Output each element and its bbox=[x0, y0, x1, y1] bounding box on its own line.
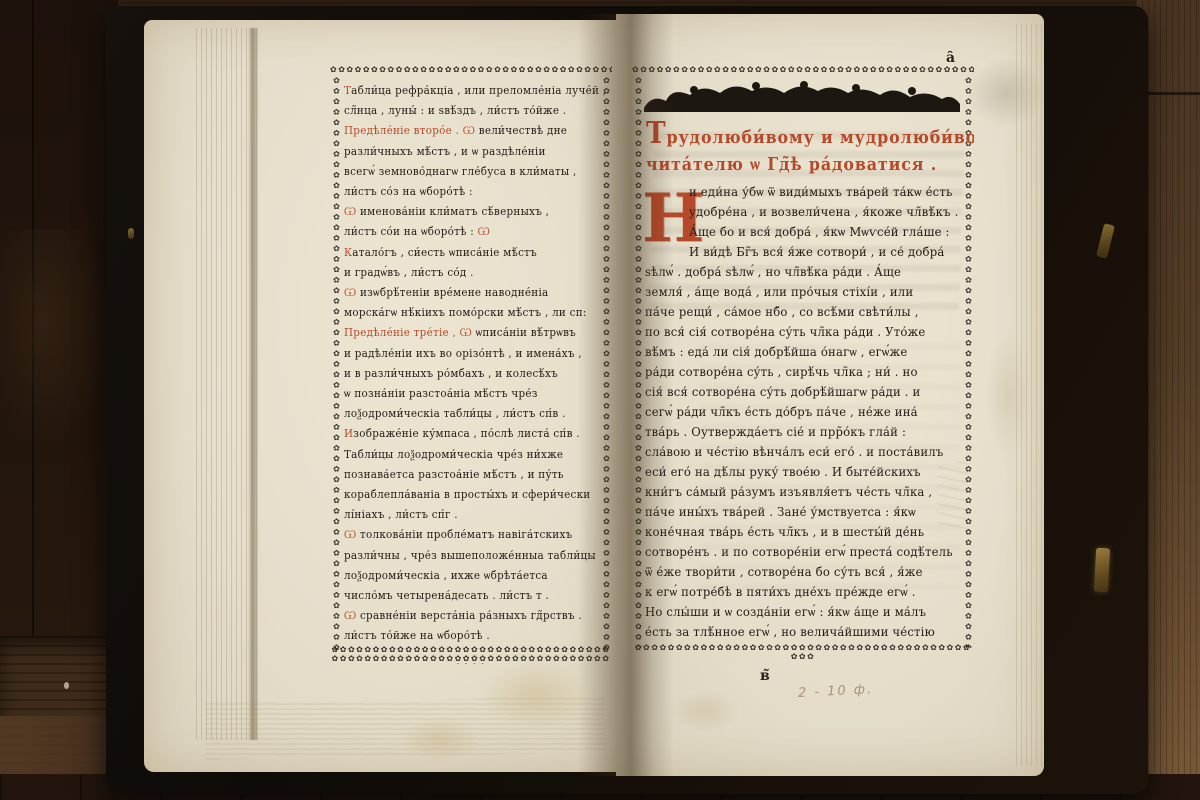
text-line: лоѯодроми́ческіа , ихже ѡбрѣта́етса bbox=[344, 565, 576, 585]
text-line: еси́ его́ на дѣ́лы руку́ твое́ю . И быте… bbox=[645, 462, 939, 482]
text-line: чита́телю ѡ Гд̃ѣ ра́доватися . bbox=[646, 151, 921, 178]
brass-clasp-pin bbox=[128, 228, 134, 239]
woodcut-headpiece-ornament bbox=[644, 80, 960, 112]
text-line: Предѣле́ніе второ́е . Ѡ вели́чествѣ дне bbox=[344, 120, 576, 140]
text-line: и градѡ́въ , ли́стъ со́д . bbox=[344, 262, 576, 282]
text-line: число́мъ четырена́десать . ли́стъ т . bbox=[344, 585, 576, 605]
text-line: ѿ е́же твори́ти , сотворе́на бо су́ть вс… bbox=[645, 562, 939, 582]
left-page-ornament-frame: ✿✿✿✿✿✿✿✿✿✿✿✿✿✿✿✿✿✿✿✿✿✿✿✿✿✿✿✿✿✿✿✿✿✿✿✿ ✿✿✿… bbox=[330, 64, 612, 664]
right-page-ornament-frame: ✿✿✿✿✿✿✿✿✿✿✿✿✿✿✿✿✿✿✿✿✿✿✿✿✿✿✿✿✿✿✿✿✿✿✿✿✿✿✿✿… bbox=[632, 64, 974, 662]
text-line: лі́ніахъ , ли́стъ сп́г . bbox=[344, 504, 576, 524]
text-line: ѕѣлѡ́ . добра́ ѕѣлѡ́ , но чл̃вѣ́ка ра́ди… bbox=[645, 262, 939, 282]
text-line: сія́ вся́ сотворе́на су́ть добрѣ́йшагѡ р… bbox=[645, 382, 939, 402]
text-line: сла́вою и че́стію вѣнча́лъ еси́ его́ . и… bbox=[645, 442, 939, 462]
ornament-border-bottom: ✿✿✿✿✿✿✿✿✿✿✿✿✿✿✿✿✿✿✿✿✿✿✿✿✿✿✿✿✿✿✿✿✿✿✿✿✿✿✿✿… bbox=[330, 646, 612, 664]
folio-number-mark: а̑ bbox=[946, 50, 955, 66]
wood-grain-highlight bbox=[0, 230, 110, 450]
text-line: Ѡ именова́ніи кли́матъ сѣ́верныхъ , bbox=[344, 201, 576, 221]
text-line: сл̃нца , луны́ : и ѕвѣ́здъ , ли́стъ то́й… bbox=[344, 100, 576, 120]
text-line: и в разли́чныхъ ро́мбахъ , и колесѣ́хъ bbox=[344, 363, 576, 383]
text-line: лоѯодроми́ческіа табли́цы , ли́стъ сп́в … bbox=[344, 403, 576, 423]
text-line: па́че ины́хъ тва́рей . Зане́ у́мствуетса… bbox=[645, 502, 939, 522]
page-block-right-edge bbox=[1016, 24, 1042, 766]
text-line: е́сть за тлѣ́нное егѡ́ , но велича́йшими… bbox=[645, 622, 939, 642]
text-line: по вся́ сія́ сотворе́на су́ть чл̃ка ра́д… bbox=[645, 322, 939, 342]
ornament-border-top: ✿✿✿✿✿✿✿✿✿✿✿✿✿✿✿✿✿✿✿✿✿✿✿✿✿✿✿✿✿✿✿✿✿✿✿✿✿✿✿✿… bbox=[632, 64, 974, 76]
text-line: Ѡ толкова́ніи пробле́матъ навіга́тскихъ bbox=[344, 524, 576, 544]
text-line: Предѣле́ніе тре́тіе , Ѡ ѡписа́ніи вѣ́трѡ… bbox=[344, 322, 576, 342]
text-line: Ѡ сравне́ніи верста́ніа ра́зныхъ гд̃рств… bbox=[344, 605, 576, 625]
text-line: разли́чныхъ мѣ́стъ , и ѡ раздѣле́ніи bbox=[344, 141, 576, 161]
text-line: кни́гъ са́мый ра́зумъ изъявля́етъ че́сть… bbox=[645, 482, 939, 502]
brass-clasp-bottom bbox=[1094, 548, 1110, 593]
text-line: сегѡ́ ра́ди чл̃къ е́сть до́бръ па́че , н… bbox=[645, 402, 939, 422]
text-line: морска́гѡ нѣ́кіихъ помо́рски мѣ́стъ , ли… bbox=[344, 302, 576, 322]
ornament-border-top: ✿✿✿✿✿✿✿✿✿✿✿✿✿✿✿✿✿✿✿✿✿✿✿✿✿✿✿✿✿✿✿✿✿✿✿✿ bbox=[330, 64, 612, 76]
text-line: Табли́ца рефра́кціа , или преломле́ніа л… bbox=[344, 80, 576, 100]
text-line: па́че рещи́ , са́мое нб̃о , со всѣ́ми св… bbox=[645, 302, 939, 322]
table-of-contents-text: Табли́ца рефра́кціа , или преломле́ніа л… bbox=[344, 80, 602, 646]
text-line: Трудолюби́вому и мудролюби́вому bbox=[646, 120, 921, 151]
text-line: Изображе́ніе ку́мпаса , по́слѣ листа́ сп… bbox=[344, 423, 576, 443]
text-line: вѣ́мъ : еда́ ли сія́ добрѣ́йша о́нагѡ , … bbox=[645, 342, 939, 362]
text-line: к егѡ́ потре́бѣ в пяти́хъ дне́хъ пре́жде… bbox=[645, 582, 939, 602]
text-line: Табли́цы лоѯодроми́ческіа чре́з ни́хже bbox=[344, 444, 576, 464]
text-line: И ви́дѣ Бг̃ъ вся́ я́же сотвори́ , и се́ … bbox=[689, 242, 942, 262]
text-line: всегѡ́ земново́днагѡ гле́буса в кли́маты… bbox=[344, 161, 576, 181]
ornament-border-bottom: ✿✿✿✿✿✿✿✿✿✿✿✿✿✿✿✿✿✿✿✿✿✿✿✿✿✿✿✿✿✿✿✿✿✿✿✿✿✿✿✿… bbox=[632, 644, 974, 662]
text-line: ли́стъ то́йже на ѡборо́тѣ . bbox=[344, 625, 576, 645]
text-line: ли́стъ со́з на ѡборо́тѣ : bbox=[344, 181, 576, 201]
text-line: Ѡ изѡбрѣ́теніи вре́мене наводне́ніа bbox=[344, 282, 576, 302]
quire-signature-mark: в̃ bbox=[760, 668, 770, 684]
text-line: и радѣле́ніи ихъ во орізо́нтѣ , и имена́… bbox=[344, 343, 576, 363]
text-line: кораблепла́ваніа в просты́хъ и сфери́чес… bbox=[344, 484, 576, 504]
text-line: тва́рь . Оутвержда́етъ сіе́ и прр̃о́къ г… bbox=[645, 422, 939, 442]
text-line: ѡ позна́ніи разстоа́ніа мѣ́стъ чре́з bbox=[344, 383, 576, 403]
dust-speck bbox=[64, 682, 69, 689]
text-line: сотворе́нъ . и по сотворе́ніи егѡ́ прест… bbox=[645, 542, 939, 562]
text-line: разли́чны , чре́з вышеположе́нныа табли́… bbox=[344, 545, 576, 565]
pencil-margin-scribble bbox=[938, 462, 968, 532]
text-line: ра́ди сотворе́на су́ть , сирѣ́чь чл̃ка ;… bbox=[645, 362, 939, 382]
text-line: Катало́гъ , си́есть ѡписа́ніе мѣ́стъ bbox=[344, 242, 576, 262]
preface-body-text: и еди́на у́бѡ ѿ види́мыхъ тва́рей та́кѡ … bbox=[645, 182, 961, 642]
text-line: познава́етса разстоа́ніе мѣ́стъ , и пу́т… bbox=[344, 464, 576, 484]
text-line: земля́ , а́ще вода́ , или про́чыя стіхі́… bbox=[645, 282, 939, 302]
text-line: Но слы́ши и ѡ созда́ніи егѡ́ : я́кѡ а́ще… bbox=[645, 602, 939, 622]
text-line: и еди́на у́бѡ ѿ види́мыхъ тва́рей та́кѡ … bbox=[689, 182, 942, 202]
page-block-fore-edge-shadow bbox=[248, 28, 258, 740]
text-line: ли́стъ со́и на ѡборо́тѣ : Ѡ bbox=[344, 221, 576, 241]
text-line: удобре́на , и возвели́чена , я́коже чл̃в… bbox=[689, 202, 942, 222]
ornament-border-left: ✿✿✿✿✿✿✿✿✿✿✿✿✿✿✿✿✿✿✿✿✿✿✿✿✿✿✿✿✿✿✿✿✿✿✿✿✿✿✿✿… bbox=[330, 76, 342, 650]
photo-of-open-book: ✿✿✿✿✿✿✿✿✿✿✿✿✿✿✿✿✿✿✿✿✿✿✿✿✿✿✿✿✿✿✿✿✿✿✿✿ ✿✿✿… bbox=[0, 0, 1200, 800]
ornament-border-right: ✿✿✿✿✿✿✿✿✿✿✿✿✿✿✿✿✿✿✿✿✿✿✿✿✿✿✿✿✿✿✿✿✿✿✿✿✿✿✿✿… bbox=[962, 76, 974, 648]
page-block-bottom-edge bbox=[205, 697, 606, 760]
gutter-shadow bbox=[578, 14, 674, 776]
text-line: коне́чная тва́рь е́сть чл̃къ , и в шесты… bbox=[645, 522, 939, 542]
chapter-title-red: Трудолюби́вому и мудролюби́вомучита́телю… bbox=[646, 120, 958, 178]
text-line: А́ще бо и вся́ добра́ , я́кѡ Мѡѵсе́й гла… bbox=[689, 222, 942, 242]
